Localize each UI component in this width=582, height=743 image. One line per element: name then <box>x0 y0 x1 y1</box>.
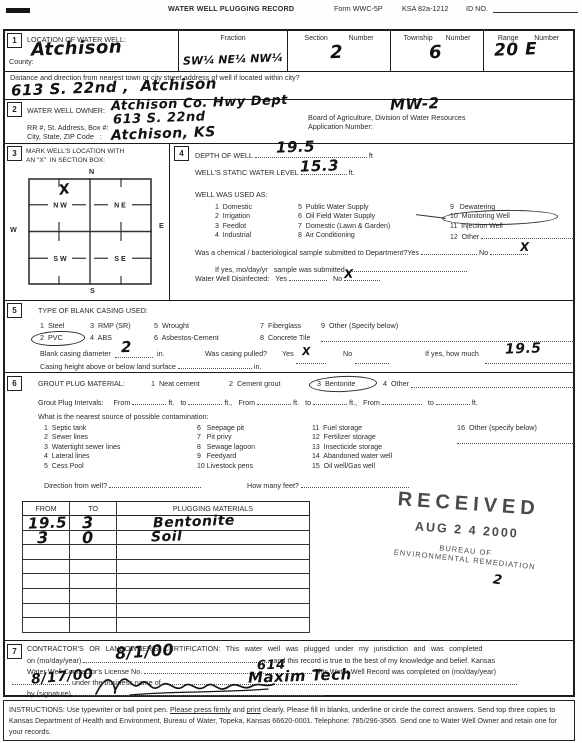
section-number-cell: SectionNumber 2 <box>287 31 390 71</box>
no-label: No <box>343 350 352 358</box>
section-5-casing: 5 TYPE OF BLANK CASING USED: 1 Steel 3 R… <box>5 301 573 373</box>
from-value: 3 <box>37 527 49 546</box>
used-as-option: 2 Irrigation <box>215 212 252 221</box>
section-2-number-box: 2 <box>7 102 22 117</box>
static-value: 15.3 <box>300 156 340 175</box>
table-row <box>22 604 310 619</box>
contamination-option: 2 Sewer lines <box>44 433 120 442</box>
depth-unit: ft <box>369 151 373 160</box>
yes-label: Yes <box>282 350 294 358</box>
yes-label: Yes <box>275 274 287 283</box>
ft-label: ft., <box>224 398 232 407</box>
used-as-option: 4 Industrial <box>215 231 252 240</box>
disinfected-label: Water Well Disinfected: <box>195 274 269 283</box>
from-label: From <box>363 398 380 407</box>
section-3-title-line2: AN "X" IN SECTION BOX: <box>26 157 105 165</box>
compass-n-label: N <box>89 168 94 176</box>
bentonite-circle-annotation <box>309 375 378 393</box>
fraction-value: SW¼ NE¼ NW¼ <box>183 51 283 67</box>
casing-option: 4 ABS <box>90 334 112 342</box>
used-as-option: 7 Domestic (Lawn & Garden) <box>298 222 390 231</box>
compass-e-label: E <box>159 222 164 230</box>
section-3-title-line1: MARK WELL'S LOCATION WITH <box>26 148 124 156</box>
section-4-well-data: 4 DEPTH OF WELLft 19.5 WELL'S STATIC WAT… <box>170 144 573 300</box>
city-value: Atchison, KS <box>111 124 216 144</box>
material-value: Soil <box>151 528 183 545</box>
contamination-option: 9 Feedyard <box>197 452 255 461</box>
instructions-underlined2: print <box>247 705 261 714</box>
no-label: No <box>479 248 488 257</box>
section-value: 2 <box>330 42 344 63</box>
casing-option: 7 Fiberglass <box>260 322 301 330</box>
section-location-diagram: N W N E S W S E <box>28 178 152 285</box>
how-much-label: If yes, how much <box>425 350 479 358</box>
contamination-col3: 11 Fuel storage 12 Fertilizer storage 13… <box>312 424 392 471</box>
disinfected-no-x-mark: X <box>344 267 354 281</box>
completed-on-label: on (mo/day/year) <box>27 656 81 665</box>
casing-option: 9 Other (Specify below) <box>321 322 398 330</box>
instructions-box: INSTRUCTIONS: Use typewriter or ball poi… <box>3 700 575 741</box>
contamination-label: What is the nearest source of possible c… <box>38 413 209 421</box>
range-number-cell: RangeNumber 20 E <box>483 31 573 71</box>
section-7-number-box: 7 <box>7 644 22 659</box>
section-5-number-box: 5 <box>7 303 22 318</box>
used-as-option: 3 Feedlot <box>215 222 252 231</box>
how-much-line <box>485 356 571 364</box>
section-6-title: GROUT PLUG MATERIAL: <box>38 380 125 388</box>
casing-option: 1 Steel <box>40 322 64 330</box>
monitoring-well-circle-tail <box>416 214 446 219</box>
range-value: 20 E <box>494 39 538 60</box>
section-1-location: 1 LOCATION OF WATER WELL: County: Atchis… <box>5 31 573 72</box>
distance-row: Distance and direction from nearest town… <box>5 72 573 100</box>
contamination-option: 4 Lateral lines <box>44 452 120 461</box>
no-label: No <box>333 274 342 283</box>
contamination-option: 11 Fuel storage <box>312 424 392 433</box>
signature-scrawl <box>90 674 280 698</box>
diameter-unit: in. <box>157 350 165 358</box>
section-3-4-row: 3 MARK WELL'S LOCATION WITH AN "X" IN SE… <box>5 144 573 301</box>
ft-label: ft. <box>472 398 478 407</box>
page-title: WATER WELL PLUGGING RECORD <box>168 5 294 13</box>
used-as-label: WELL WAS USED AS: <box>195 191 268 199</box>
static-unit: ft. <box>349 168 355 177</box>
number-label: Number <box>534 35 559 42</box>
pulled-no-line <box>355 356 389 364</box>
section-label: Section <box>304 35 327 42</box>
from-label: From <box>114 398 131 407</box>
certification-line2-post: and this record is true to the best of m… <box>273 656 495 665</box>
contamination-option: 3 Watertight sewer lines <box>44 443 120 452</box>
grout-other-line <box>411 380 573 388</box>
contamination-col2: 6 Seepage pit 7 Pit privy 8 Sewage lagoo… <box>197 424 255 471</box>
section-7-certification: 7 CONTRACTOR'S OR LANDOWNER'S CERTIFICAT… <box>5 641 573 698</box>
certification-line1: CONTRACTOR'S OR LANDOWNER'S CERTIFICATIO… <box>27 645 482 653</box>
application-number-value: MW-2 <box>390 94 440 114</box>
county-value: Atchison <box>31 36 123 60</box>
pulled-yes-x-mark: X <box>302 345 311 358</box>
received-stamp: RECEIVED AUG 2 4 2000 BUREAU OF ENVIRONM… <box>361 486 573 571</box>
section-1-number-box: 1 <box>7 33 22 48</box>
agency-line2: Application Number: <box>308 123 373 131</box>
quadrant-nw-label: N W <box>53 203 67 210</box>
depth-label: DEPTH OF WELL <box>195 151 253 160</box>
section-3-mark-location: 3 MARK WELL'S LOCATION WITH AN "X" IN SE… <box>5 144 170 300</box>
how-much-value: 19.5 <box>505 340 542 357</box>
section-6-grout: 6 GROUT PLUG MATERIAL: 1 Neat cement 2 C… <box>5 373 573 641</box>
plugging-table: FROM TO PLUGGING MATERIALS 19.5 3 Benton… <box>22 501 310 633</box>
ft-label: ft. <box>168 398 174 407</box>
used-as-col1: 1 Domestic 2 Irrigation 3 Feedlot 4 Indu… <box>215 203 252 241</box>
instructions-underlined1: Please press firmly <box>170 705 231 714</box>
section-3-number-box: 3 <box>7 146 22 161</box>
used-as-option: 12 Other <box>450 231 575 242</box>
city-label: City, State, ZIP Code : <box>27 133 102 141</box>
quadrant-sw-label: S W <box>53 256 67 263</box>
township-number-cell: TownshipNumber 6 <box>390 31 483 71</box>
direction-line: Direction from well? <box>44 480 203 490</box>
stamp-handwritten-mark: 2 <box>492 572 504 588</box>
casing-option: 5 Wrought <box>154 322 189 330</box>
contamination-option: 1 Septic tank <box>44 424 120 433</box>
statute-number: KSA 82a-1212 <box>402 5 448 13</box>
instructions-part1: INSTRUCTIONS: Use typewriter or ball poi… <box>9 705 170 714</box>
quadrant-se-label: S E <box>114 256 126 263</box>
table-row <box>22 574 310 589</box>
table-row <box>22 545 310 560</box>
casing-option: 3 RMP (SR) <box>90 322 131 330</box>
diameter-value: 2 <box>121 338 133 356</box>
fraction-cell: Fraction SW¼ NE¼ NW¼ <box>178 31 287 71</box>
county-label: County: <box>9 58 34 66</box>
grout-material-option: 1 Neat cement <box>151 380 200 388</box>
casing-height-line: Casing height above or below land surfac… <box>40 361 261 371</box>
contamination-option: 8 Sewage lagoon <box>197 443 255 452</box>
contamination-option: 6 Seepage pit <box>197 424 255 433</box>
grout-material-option: 4 Other <box>383 380 409 388</box>
contamination-option: 16 Other (specify below) <box>457 424 537 432</box>
pvc-circle-annotation <box>31 330 85 347</box>
number-label: Number <box>446 35 471 42</box>
column-header-to: TO <box>70 502 117 515</box>
owner-label: WATER WELL OWNER: <box>27 107 105 115</box>
casing-option: 6 Asbestos-Cement <box>154 334 219 342</box>
ft-label: ft., <box>349 398 357 407</box>
form-body: 1 LOCATION OF WATER WELL: County: Atchis… <box>3 29 575 697</box>
contamination-other-line <box>457 436 573 444</box>
used-as-option: 1 Domestic <box>215 203 252 212</box>
contamination-option: 14 Abandoned water well <box>312 452 392 461</box>
to-label: to <box>428 398 434 407</box>
casing-height-label: Casing height above or below land surfac… <box>40 362 176 371</box>
scan-corner-mark <box>6 8 30 13</box>
from-label: From <box>238 398 255 407</box>
contamination-option: 12 Fertilizer storage <box>312 433 392 442</box>
contamination-col1: 1 Septic tank 2 Sewer lines 3 Watertight… <box>44 424 120 471</box>
fraction-label: Fraction <box>220 35 245 42</box>
table-row <box>22 589 310 604</box>
casing-option: 8 Concrete Tile <box>260 334 310 342</box>
contamination-option: 10 Livestock pens <box>197 462 255 471</box>
id-no-label: ID NO. <box>466 5 488 13</box>
feet-label: How many feet? <box>247 481 299 490</box>
intervals-label: Grout Plug Intervals: <box>38 398 104 407</box>
casing-height-unit: in. <box>254 362 262 371</box>
depth-value: 19.5 <box>276 137 316 156</box>
table-row <box>22 618 310 633</box>
static-label: WELL'S STATIC WATER LEVEL <box>195 168 299 177</box>
section-6-number-box: 6 <box>7 376 22 391</box>
table-row: 3 0 Soil <box>22 531 310 546</box>
grout-material-option: 2 Cement grout <box>229 380 281 388</box>
direction-label: Direction from well? <box>44 481 107 490</box>
form-number: Form WWC-5P <box>334 5 383 13</box>
signature-label: by (signature) <box>27 689 71 698</box>
instructions-mid: and <box>231 705 247 714</box>
compass-s-label: S <box>90 287 95 295</box>
contamination-option: 5 Cess Pool <box>44 462 120 471</box>
contamination-option: 15 Oil well/Gas well <box>312 462 392 471</box>
table-row <box>22 560 310 575</box>
contamination-option: 7 Pit privy <box>197 433 255 442</box>
section-5-title: TYPE OF BLANK CASING USED: <box>38 307 148 315</box>
used-as-option: 8 Air Conditioning <box>298 231 390 240</box>
used-as-option: 5 Public Water Supply <box>298 203 390 212</box>
to-label: to <box>305 398 311 407</box>
ft-label: ft. <box>293 398 299 407</box>
section-4-number-box: 4 <box>174 146 189 161</box>
contamination-option: 13 Insecticide storage <box>312 443 392 452</box>
to-value: 0 <box>82 527 94 546</box>
pulled-label: Was casing pulled? <box>205 350 267 358</box>
number-label: Number <box>349 35 374 42</box>
water-well-plugging-record-page: WATER WELL PLUGGING RECORD Form WWC-5P K… <box>0 0 582 743</box>
diameter-label: Blank casing diameter <box>40 350 111 358</box>
quadrant-ne-label: N E <box>114 203 126 210</box>
grout-intervals-line: Grout Plug Intervals: Fromft. toft., Fro… <box>38 397 478 407</box>
chemical-no-x-mark: X <box>520 240 530 254</box>
used-as-col2: 5 Public Water Supply 6 Oil Field Water … <box>298 203 390 241</box>
id-no-line <box>493 12 578 13</box>
used-as-option: 6 Oil Field Water Supply <box>298 212 390 221</box>
township-label: Township <box>403 35 432 42</box>
compass-w-label: W <box>10 226 17 234</box>
to-label: to <box>180 398 186 407</box>
township-value: 6 <box>429 42 443 63</box>
